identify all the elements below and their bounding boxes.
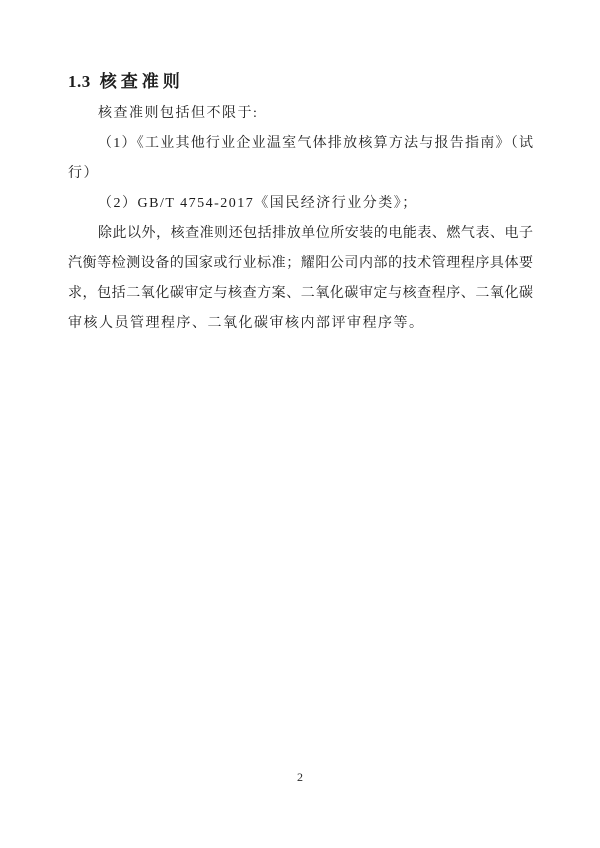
body-line-para-1: 除此以外，核查准则还包括排放单位所安装的电能表、燃气表、电子: [68, 219, 533, 249]
body-line-para-2: 汽衡等检测设备的国家或行业标准；耀阳公司内部的技术管理程序具体要: [68, 249, 533, 279]
section-heading: 1.3核查准则: [68, 67, 533, 97]
body-line-item2: （2）GB/T 4754-2017《国民经济行业分类》；: [68, 189, 533, 219]
section-title: 核查准则: [100, 72, 184, 91]
body-line-intro: 核查准则包括但不限于:: [68, 99, 533, 129]
page-number: 2: [0, 770, 600, 785]
body-line-item1-end: 行）: [68, 159, 533, 189]
body-line-para-4: 审核人员管理程序、二氧化碳审核内部评审程序等。: [68, 309, 533, 339]
body-line-para-3: 求，包括二氧化碳审定与核查方案、二氧化碳审定与核查程序、二氧化碳: [68, 279, 533, 309]
section-number: 1.3: [68, 72, 91, 91]
document-page: 1.3核查准则 核查准则包括但不限于: （1）《工业其他行业企业温室气体排放核算…: [0, 0, 600, 848]
body-line-item1-start: （1）《工业其他行业企业温室气体排放核算方法与报告指南》（试: [68, 129, 533, 159]
